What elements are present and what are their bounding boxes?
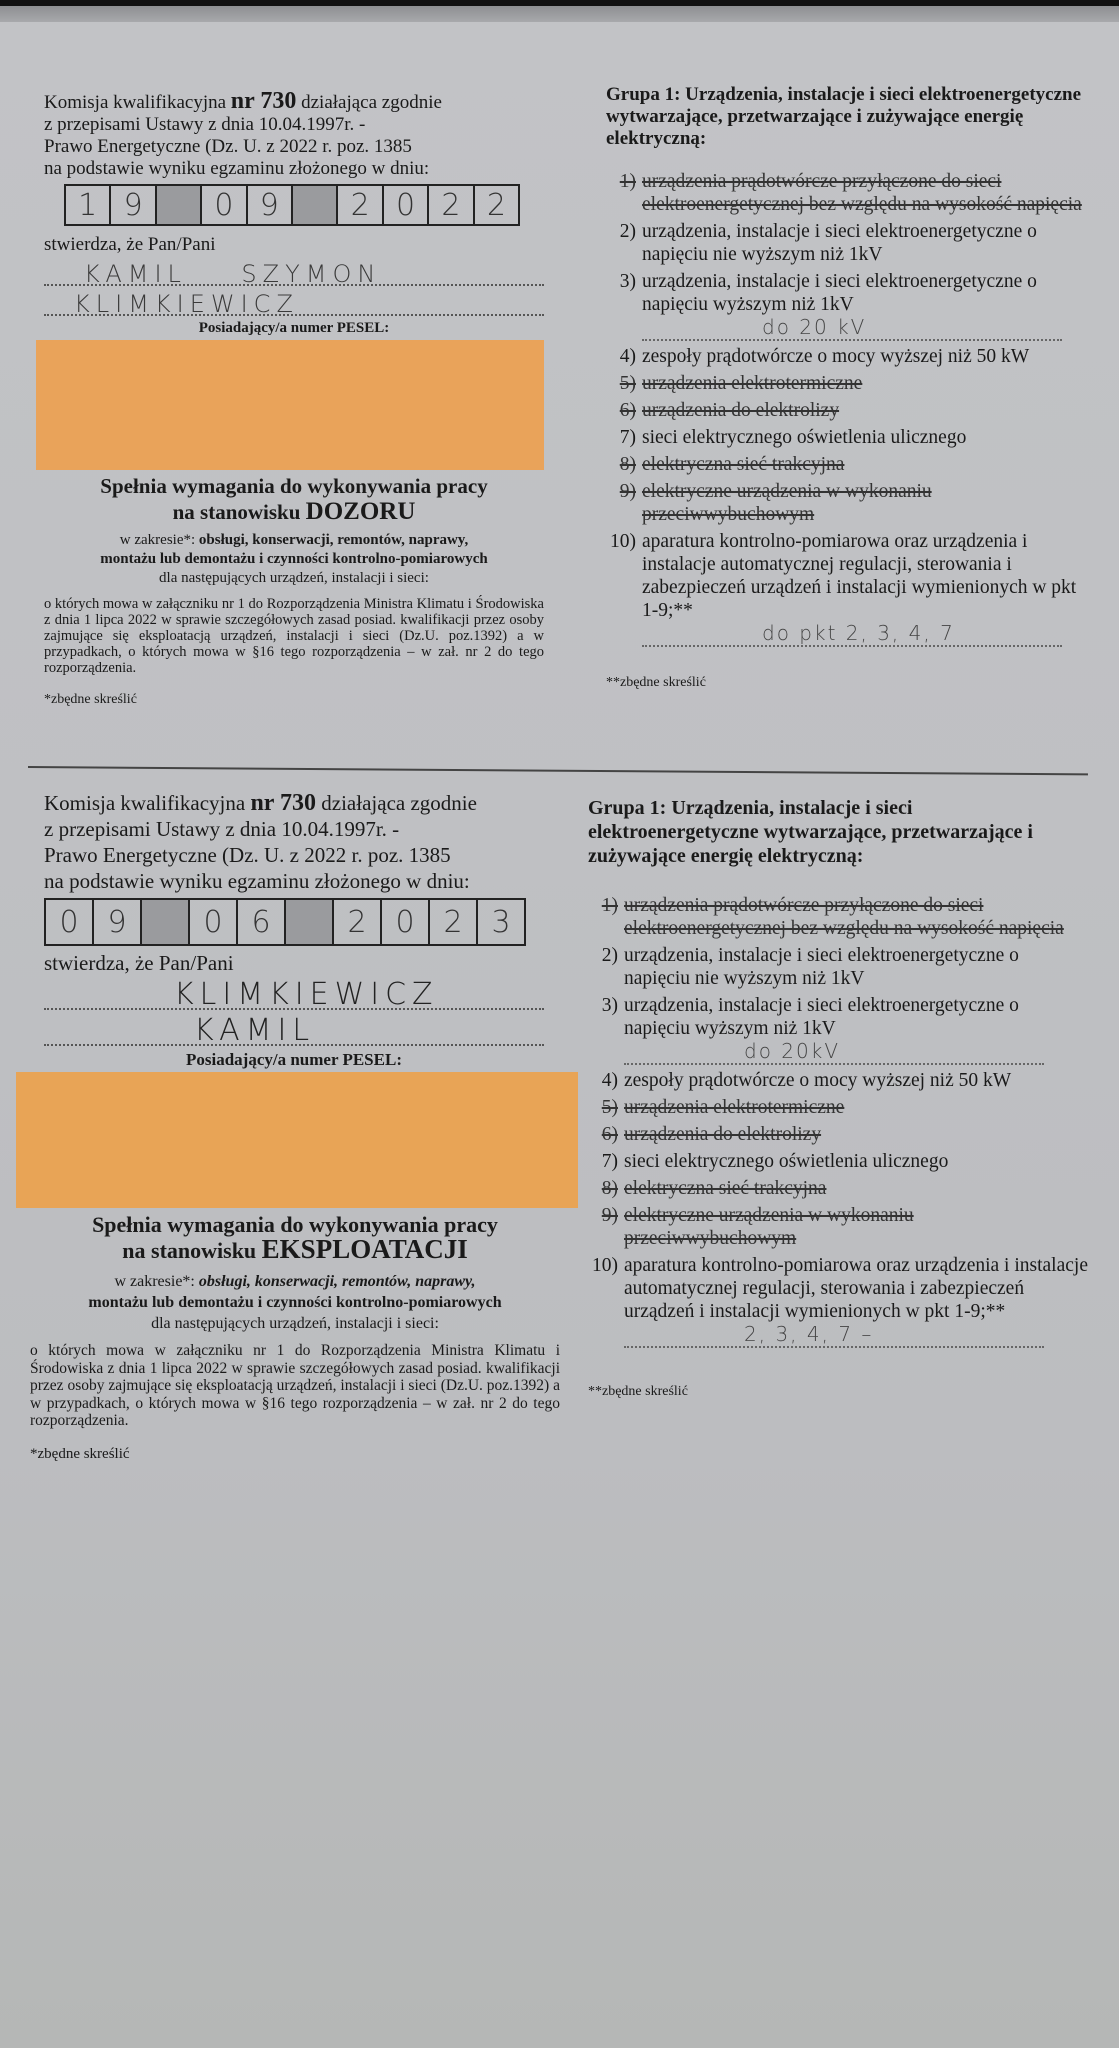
scope-line-3: dla następujących urządzeń, instalacji i… — [44, 569, 544, 588]
date-separator — [286, 900, 334, 944]
commission-line-1: Komisja kwalifikacyjna nr 730 działająca… — [44, 90, 544, 114]
handwritten-fill-line: do 20kV — [588, 1040, 1088, 1065]
item-number: 4) — [606, 345, 642, 368]
position-title: DOZORU — [306, 498, 416, 525]
date-year-3: 2 — [429, 186, 474, 224]
commission-line-2: z przepisami Ustawy z dnia 10.04.1997r. … — [44, 816, 544, 842]
requirement-heading-2: na stanowisku EKSPLOATACJI — [30, 1237, 560, 1263]
item-text: urządzenia elektrotermiczne — [624, 1096, 1088, 1119]
position-title: EKSPLOATACJI — [262, 1234, 468, 1264]
list-item: 8)elektryczna sieć trakcyjna — [588, 1177, 1088, 1200]
name-line-2: KAMIL — [44, 1010, 544, 1046]
requirements-block: Spełnia wymagania do wykonywania pracy n… — [44, 474, 544, 708]
item-text: zespoły prądotwórcze o mocy wyższej niż … — [624, 1069, 1088, 1092]
date-month-2: 6 — [238, 900, 286, 944]
commission-number: nr 730 — [250, 790, 316, 816]
handwritten-first-names: KAMIL SZYMON — [84, 260, 381, 288]
item-text: zespoły prądotwórcze o mocy wyższej niż … — [642, 345, 1086, 368]
date-day-2: 9 — [94, 900, 142, 944]
item-text: elektryczna sieć trakcyjna — [642, 453, 1086, 476]
item-text: urządzenia do elektrolizy — [624, 1123, 1088, 1146]
item-number: 6) — [606, 399, 642, 422]
list-item: 1)urządzenia prądotwórcze przyłączone do… — [606, 170, 1086, 216]
device-list: 1)urządzenia prądotwórcze przyłączone do… — [606, 170, 1086, 647]
pesel-label: Posiadający/a numer PESEL: — [44, 1050, 544, 1070]
list-item: 6)urządzenia do elektrolizy — [606, 399, 1086, 422]
date-year-4: 2 — [475, 186, 518, 224]
list-item: 6)urządzenia do elektrolizy — [588, 1123, 1088, 1146]
exam-date-boxes: 1 9 0 9 2 0 2 2 — [64, 184, 520, 226]
handwritten-fill: do 20kV — [624, 1040, 1044, 1065]
right-column: Grupa 1: Urządzenia, instalacje i sieci … — [588, 796, 1088, 1400]
list-item: 3)urządzenia, instalacje i sieci elektro… — [606, 270, 1086, 316]
item-number: 2) — [588, 944, 624, 990]
commission-line-2: z przepisami Ustawy z dnia 10.04.1997r. … — [44, 114, 544, 136]
date-year-1: 2 — [338, 186, 383, 224]
scope-line-1: w zakresie*: obsługi, konserwacji, remon… — [30, 1271, 560, 1292]
group-title: Grupa 1: Urządzenia, instalacje i sieci … — [588, 796, 1088, 868]
exam-date-boxes: 0 9 0 6 2 0 2 3 — [44, 898, 526, 946]
handwritten-fill-line: 2, 3, 4, 7 – — [588, 1323, 1088, 1348]
list-item: 2)urządzenia, instalacje i sieci elektro… — [588, 944, 1088, 990]
left-column: Komisja kwalifikacyjna nr 730 działająca… — [44, 90, 544, 337]
list-item: 5)urządzenia elektrotermiczne — [606, 372, 1086, 395]
item-number: 6) — [588, 1123, 624, 1146]
item-text: aparatura kontrolno-pomiarowa oraz urząd… — [624, 1254, 1088, 1323]
requirement-heading-1: Spełnia wymagania do wykonywania pracy — [44, 474, 544, 499]
commission-line-1: Komisja kwalifikacyjna nr 730 działająca… — [44, 790, 544, 816]
item-text: sieci elektrycznego oświetlenia uliczneg… — [624, 1150, 1088, 1173]
date-month-1: 0 — [202, 186, 247, 224]
item-number: 5) — [606, 372, 642, 395]
certifies-label: stwierdza, że Pan/Pani — [44, 234, 544, 256]
scope-line-1: w zakresie*: obsługi, konserwacji, remon… — [44, 531, 544, 550]
right-column: Grupa 1: Urządzenia, instalacje i sieci … — [606, 84, 1086, 691]
item-text: urządzenia prądotwórcze przyłączone do s… — [642, 170, 1086, 216]
legal-basis-text: o których mowa w załączniku nr 1 do Rozp… — [30, 1342, 560, 1430]
item-text: urządzenia elektrotermiczne — [642, 372, 1086, 395]
commission-line-3: Prawo Energetyczne (Dz. U. z 2022 r. poz… — [44, 136, 544, 158]
commission-line-4: na podstawie wyniku egzaminu złożonego w… — [44, 868, 544, 894]
date-year-4: 3 — [478, 900, 524, 944]
requirements-block: Spełnia wymagania do wykonywania pracy n… — [30, 1212, 560, 1463]
list-item: 9)elektryczne urządzenia w wykonaniu prz… — [606, 480, 1086, 526]
item-number: 3) — [588, 994, 624, 1040]
name-line-1: KAMIL SZYMON — [44, 256, 544, 286]
commission-line-3: Prawo Energetyczne (Dz. U. z 2022 r. poz… — [44, 842, 544, 868]
handwritten-first-name: KAMIL — [194, 1013, 315, 1048]
item-text: elektryczna sieć trakcyjna — [624, 1177, 1088, 1200]
commission-number: nr 730 — [231, 88, 297, 114]
list-item: 7)sieci elektrycznego oświetlenia uliczn… — [606, 426, 1086, 449]
footnote: *zbędne skreślić — [44, 692, 544, 708]
scope-line-3: dla następujących urządzeń, instalacji i… — [30, 1313, 560, 1334]
list-item: 4)zespoły prądotwórcze o mocy wyższej ni… — [588, 1069, 1088, 1092]
date-day-1: 0 — [46, 900, 94, 944]
item-number: 8) — [588, 1177, 624, 1200]
item-number: 3) — [606, 270, 642, 316]
item-number: 8) — [606, 453, 642, 476]
list-item: 4)zespoły prądotwórcze o mocy wyższej ni… — [606, 345, 1086, 368]
handwritten-surname: KLIMKIEWICZ — [74, 290, 299, 318]
date-month-1: 0 — [190, 900, 238, 944]
item-number: 1) — [588, 894, 624, 940]
handwritten-fill: 2, 3, 4, 7 – — [624, 1323, 1044, 1348]
footnote-right: **zbędne skreślić — [588, 1384, 1088, 1400]
item-text: urządzenia prądotwórcze przyłączone do s… — [624, 894, 1088, 940]
item-text: aparatura kontrolno-pomiarowa oraz urząd… — [642, 530, 1086, 622]
item-number: 7) — [606, 426, 642, 449]
item-text: urządzenia, instalacje i sieci elektroen… — [642, 220, 1086, 266]
item-text: urządzenia do elektrolizy — [642, 399, 1086, 422]
date-separator — [142, 900, 190, 944]
handwritten-fill: do pkt 2, 3, 4, 7 — [642, 622, 1062, 647]
date-separator — [157, 186, 202, 224]
date-year-1: 2 — [334, 900, 382, 944]
item-text: urządzenia, instalacje i sieci elektroen… — [624, 944, 1088, 990]
item-number: 10) — [606, 530, 642, 622]
list-item: 3)urządzenia, instalacje i sieci elektro… — [588, 994, 1088, 1040]
commission-line-4: na podstawie wyniku egzaminu złożonego w… — [44, 158, 544, 180]
list-item: 1)urządzenia prądotwórcze przyłączone do… — [588, 894, 1088, 940]
item-number: 5) — [588, 1096, 624, 1119]
certifies-label: stwierdza, że Pan/Pani — [44, 952, 544, 974]
list-item: 5)urządzenia elektrotermiczne — [588, 1096, 1088, 1119]
pesel-redaction — [16, 1072, 578, 1208]
scope-line-2: montażu lub demontażu i czynności kontro… — [30, 1292, 560, 1313]
date-year-3: 2 — [430, 900, 478, 944]
handwritten-surname: KLIMKIEWICZ — [174, 977, 439, 1012]
item-number: 10) — [588, 1254, 624, 1323]
date-month-2: 9 — [248, 186, 293, 224]
footnote: *zbędne skreślić — [30, 1446, 560, 1463]
item-text: elektryczne urządzenia w wykonaniu przec… — [642, 480, 1086, 526]
footnote-right: **zbędne skreślić — [606, 675, 1086, 691]
date-separator — [293, 186, 338, 224]
name-line-1: KLIMKIEWICZ — [44, 974, 544, 1010]
name-line-2: KLIMKIEWICZ — [44, 286, 544, 316]
handwritten-fill: do 20 kV — [642, 316, 1062, 341]
item-number: 2) — [606, 220, 642, 266]
requirement-heading-2: na stanowisku DOZORU — [44, 499, 544, 525]
device-list: 1)urządzenia prądotwórcze przyłączone do… — [588, 894, 1088, 1348]
date-day-1: 1 — [66, 186, 111, 224]
legal-basis-text: o których mowa w załączniku nr 1 do Rozp… — [44, 596, 544, 676]
pesel-redaction — [36, 340, 544, 470]
date-year-2: 0 — [382, 900, 430, 944]
item-number: 1) — [606, 170, 642, 216]
handwritten-fill-line: do pkt 2, 3, 4, 7 — [606, 622, 1086, 647]
handwritten-fill-line: do 20 kV — [606, 316, 1086, 341]
item-text: sieci elektrycznego oświetlenia uliczneg… — [642, 426, 1086, 449]
pesel-label: Posiadający/a numer PESEL: — [44, 320, 544, 337]
item-number: 9) — [606, 480, 642, 526]
date-day-2: 9 — [111, 186, 156, 224]
list-item: 7)sieci elektrycznego oświetlenia uliczn… — [588, 1150, 1088, 1173]
date-year-2: 0 — [384, 186, 429, 224]
item-text: elektryczne urządzenia w wykonaniu przec… — [624, 1204, 1088, 1250]
group-title: Grupa 1: Urządzenia, instalacje i sieci … — [606, 84, 1086, 150]
item-number: 7) — [588, 1150, 624, 1173]
item-number: 9) — [588, 1204, 624, 1250]
scope-line-2: montażu lub demontażu i czynności kontro… — [44, 550, 544, 569]
list-item: 9)elektryczne urządzenia w wykonaniu prz… — [588, 1204, 1088, 1250]
list-item: 2)urządzenia, instalacje i sieci elektro… — [606, 220, 1086, 266]
list-item: 8)elektryczna sieć trakcyjna — [606, 453, 1086, 476]
item-text: urządzenia, instalacje i sieci elektroen… — [624, 994, 1088, 1040]
item-text: urządzenia, instalacje i sieci elektroen… — [642, 270, 1086, 316]
list-item: 10)aparatura kontrolno-pomiarowa oraz ur… — [588, 1254, 1088, 1323]
left-column: Komisja kwalifikacyjna nr 730 działająca… — [44, 790, 544, 1070]
item-number: 4) — [588, 1069, 624, 1092]
list-item: 10)aparatura kontrolno-pomiarowa oraz ur… — [606, 530, 1086, 622]
